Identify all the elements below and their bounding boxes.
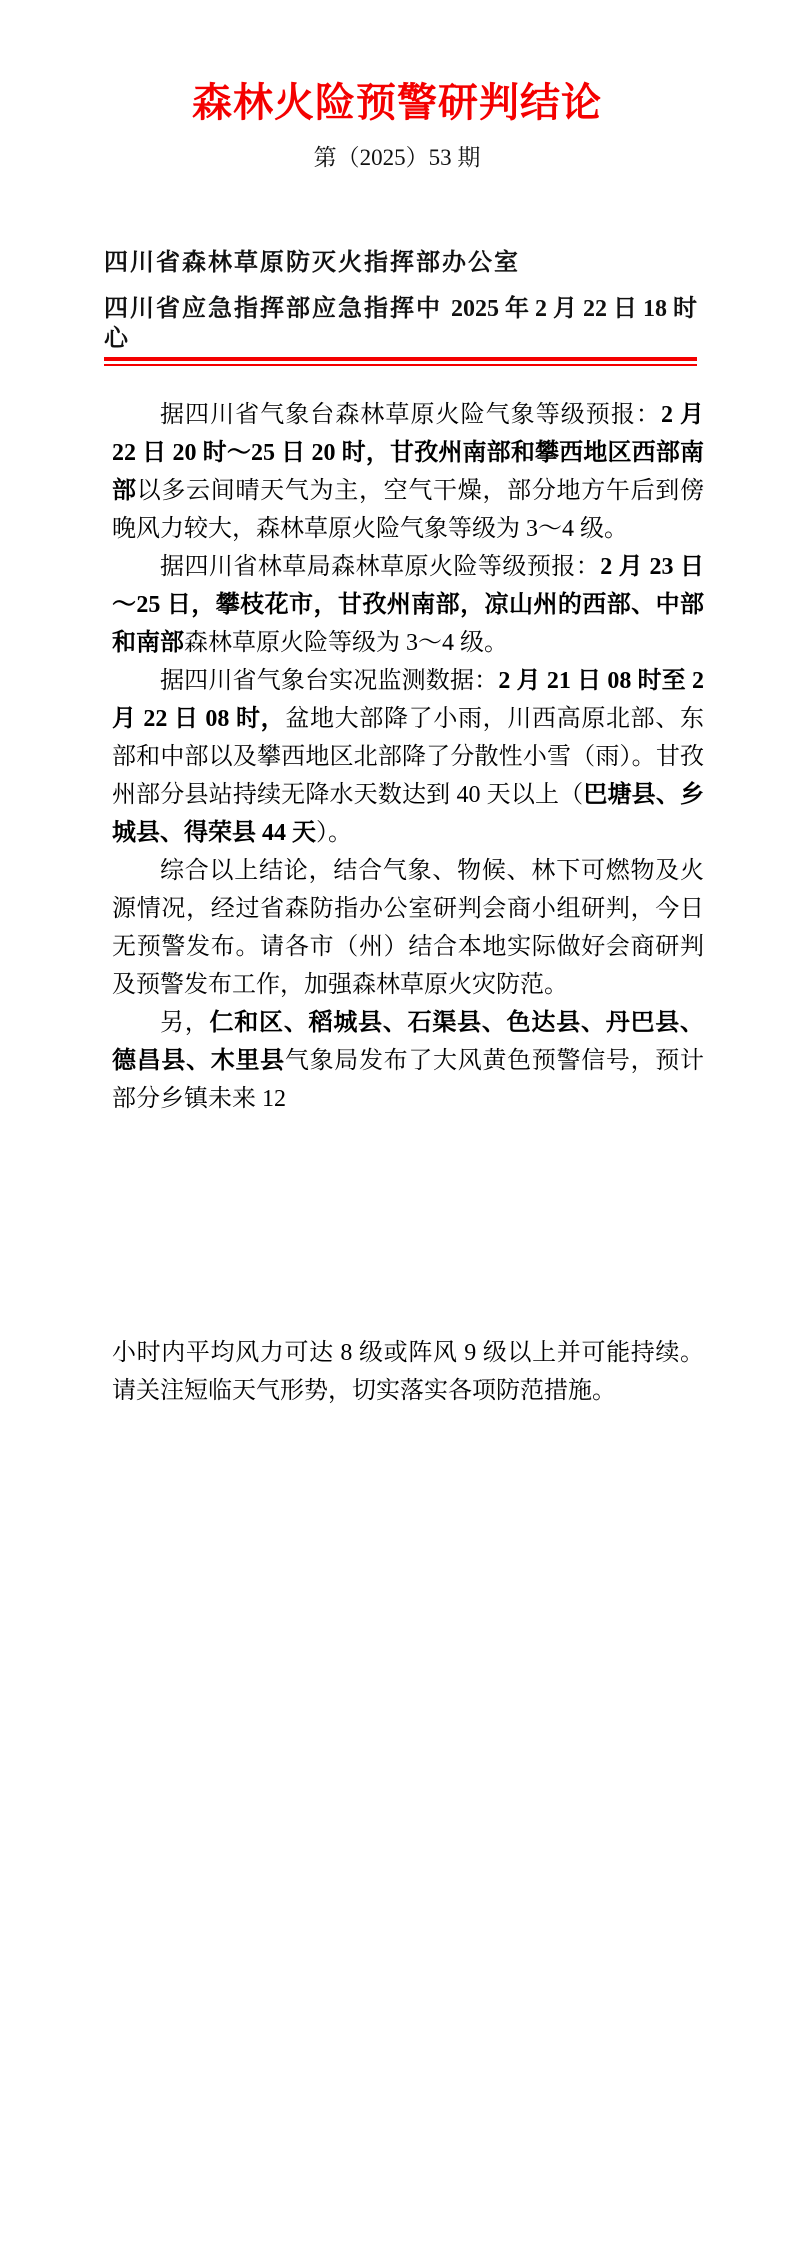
paragraph-3: 据四川省气象台实况监测数据：2 月 21 日 08 时至 2 月 22 日 08… — [112, 662, 704, 852]
paragraph-4: 综合以上结论，结合气象、物候、林下可燃物及火源情况，经过省森防指办公室研判会商小… — [112, 852, 704, 1004]
text-run: 小时内平均风力可达 8 级或阵风 9 级以上并可能持续。请关注短临天气形势，切实… — [112, 1340, 704, 1404]
paragraph-6: 小时内平均风力可达 8 级或阵风 9 级以上并可能持续。请关注短临天气形势，切实… — [112, 1334, 704, 1410]
text-run: ）。 — [316, 820, 352, 846]
paragraph-5: 另，仁和区、稻城县、石渠县、色达县、丹巴县、德昌县、木里县气象局发布了大风黄色预… — [112, 1004, 704, 1118]
issuer-date-row: 四川省应急指挥部应急指挥中心 2025 年 2 月 22 日 18 时 — [104, 294, 697, 354]
paragraph-2: 据四川省林草局森林草原火险等级预报：2 月 23 日～25 日，攀枝花市，甘孜州… — [112, 548, 704, 662]
document-page: 森林火险预警研判结论 第（2025）53 期 四川省森林草原防灭火指挥部办公室 … — [0, 0, 794, 2246]
paragraph-1: 据四川省气象台森林草原火险气象等级预报：2 月 22 日 20 时～25 日 2… — [112, 396, 704, 548]
text-run: 森林草原火险等级为 3～4 级。 — [184, 630, 508, 656]
issuer-center-line: 四川省应急指挥部应急指挥中心 — [104, 294, 451, 354]
text-run: 以多云间晴天气为主，空气干燥，部分地方午后到傍晚风力较大，森林草原火险气象等级为… — [112, 478, 704, 542]
issue-datetime: 2025 年 2 月 22 日 18 时 — [451, 294, 697, 324]
text-run: 综合以上结论，结合气象、物候、林下可燃物及火源情况，经过省森防指办公室研判会商小… — [112, 858, 704, 998]
text-run: 据四川省气象台森林草原火险气象等级预报： — [160, 402, 661, 428]
document-title: 森林火险预警研判结论 — [0, 0, 794, 128]
text-run: 据四川省气象台实况监测数据： — [160, 668, 498, 694]
issuer-office-line: 四川省森林草原防灭火指挥部办公室 — [104, 248, 697, 278]
text-run: 另， — [160, 1010, 210, 1036]
document-header: 四川省森林草原防灭火指挥部办公室 四川省应急指挥部应急指挥中心 2025 年 2… — [104, 248, 697, 366]
issue-number: 第（2025）53 期 — [0, 144, 794, 172]
header-divider-rule — [104, 357, 697, 366]
text-run: 据四川省林草局森林草原火险等级预报： — [160, 554, 600, 580]
document-body: 据四川省气象台森林草原火险气象等级预报：2 月 22 日 20 时～25 日 2… — [112, 396, 704, 1410]
